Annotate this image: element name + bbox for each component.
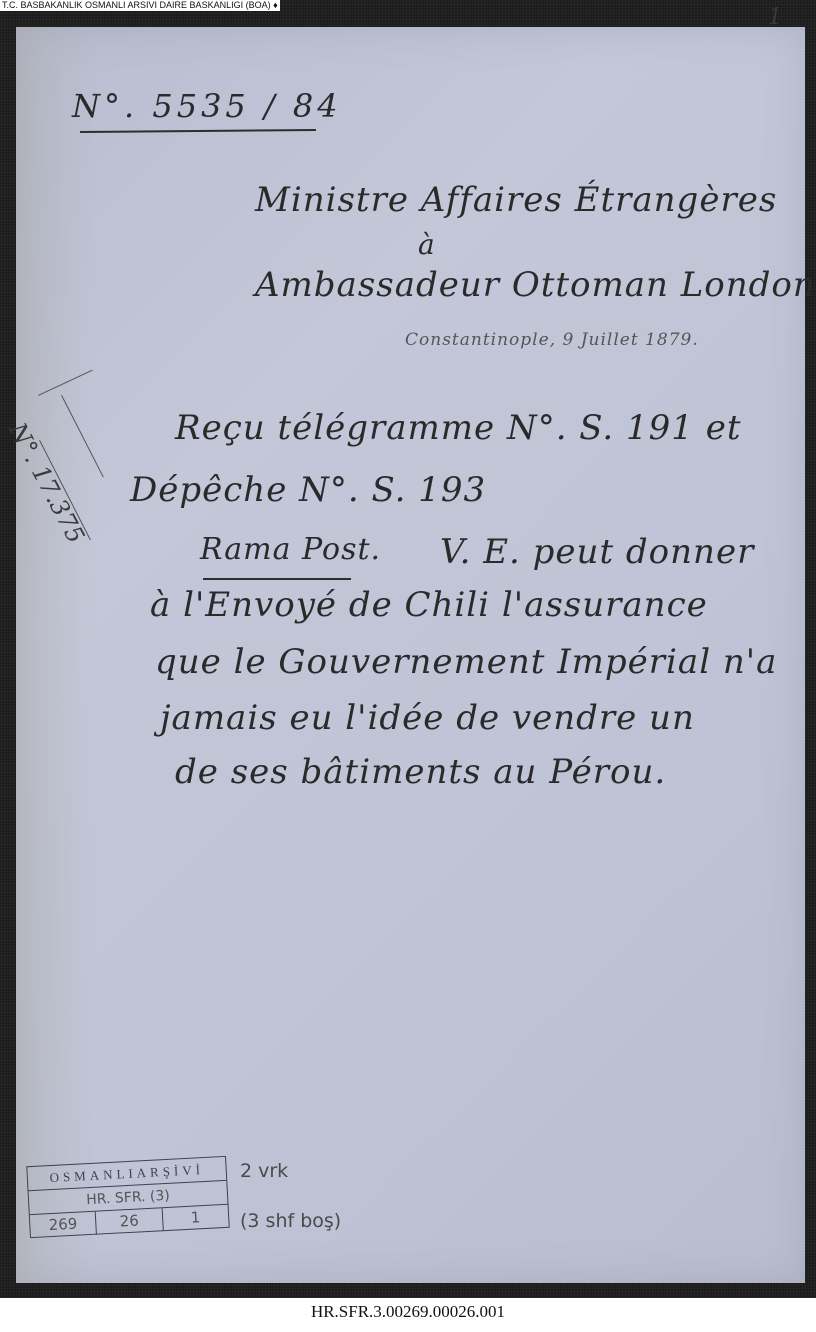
document-identifier: HR.SFR.3.00269.00026.001: [0, 1302, 816, 1322]
stamp-cell-page: 1: [162, 1205, 228, 1231]
dateline: Constantinople, 9 Juillet 1879.: [405, 330, 699, 350]
body-line: jamais eu l'idée de vendre un: [160, 698, 695, 738]
body-line: Dépêche N°. S. 193: [130, 470, 486, 510]
stamp-cell-file: 26: [96, 1208, 163, 1234]
body-line: V. E. peut donner: [440, 532, 754, 572]
page-number: 1: [768, 5, 783, 30]
rama-post-underline: [203, 578, 351, 580]
pencil-leaf-count: 2 vrk: [240, 1160, 288, 1182]
reference-number: N°. 5535 / 84: [72, 87, 342, 125]
stamp-cell-box: 269: [30, 1212, 97, 1238]
body-line: à l'Envoyé de Chili l'assurance: [150, 585, 708, 625]
sender-line: Ministre Affaires Étrangères: [255, 180, 777, 220]
archive-stamp: OSMANLIARŞİVİ HR. SFR. (3) 269 26 1: [26, 1156, 229, 1238]
recipient-line: Ambassadeur Ottoman London: [255, 265, 816, 305]
pencil-blank-pages: (3 shf boş): [240, 1210, 341, 1232]
address-connector: à: [418, 228, 436, 261]
body-line: que le Gouvernement Impérial n'a: [155, 642, 777, 682]
archive-header: T.C. BASBAKANLIK OSMANLI ARSIVI DAIRE BA…: [0, 0, 280, 11]
body-line: de ses bâtiments au Pérou.: [175, 752, 666, 792]
rama-post-heading: Rama Post.: [200, 532, 381, 567]
body-line: Reçu télégramme N°. S. 191 et: [175, 408, 742, 448]
